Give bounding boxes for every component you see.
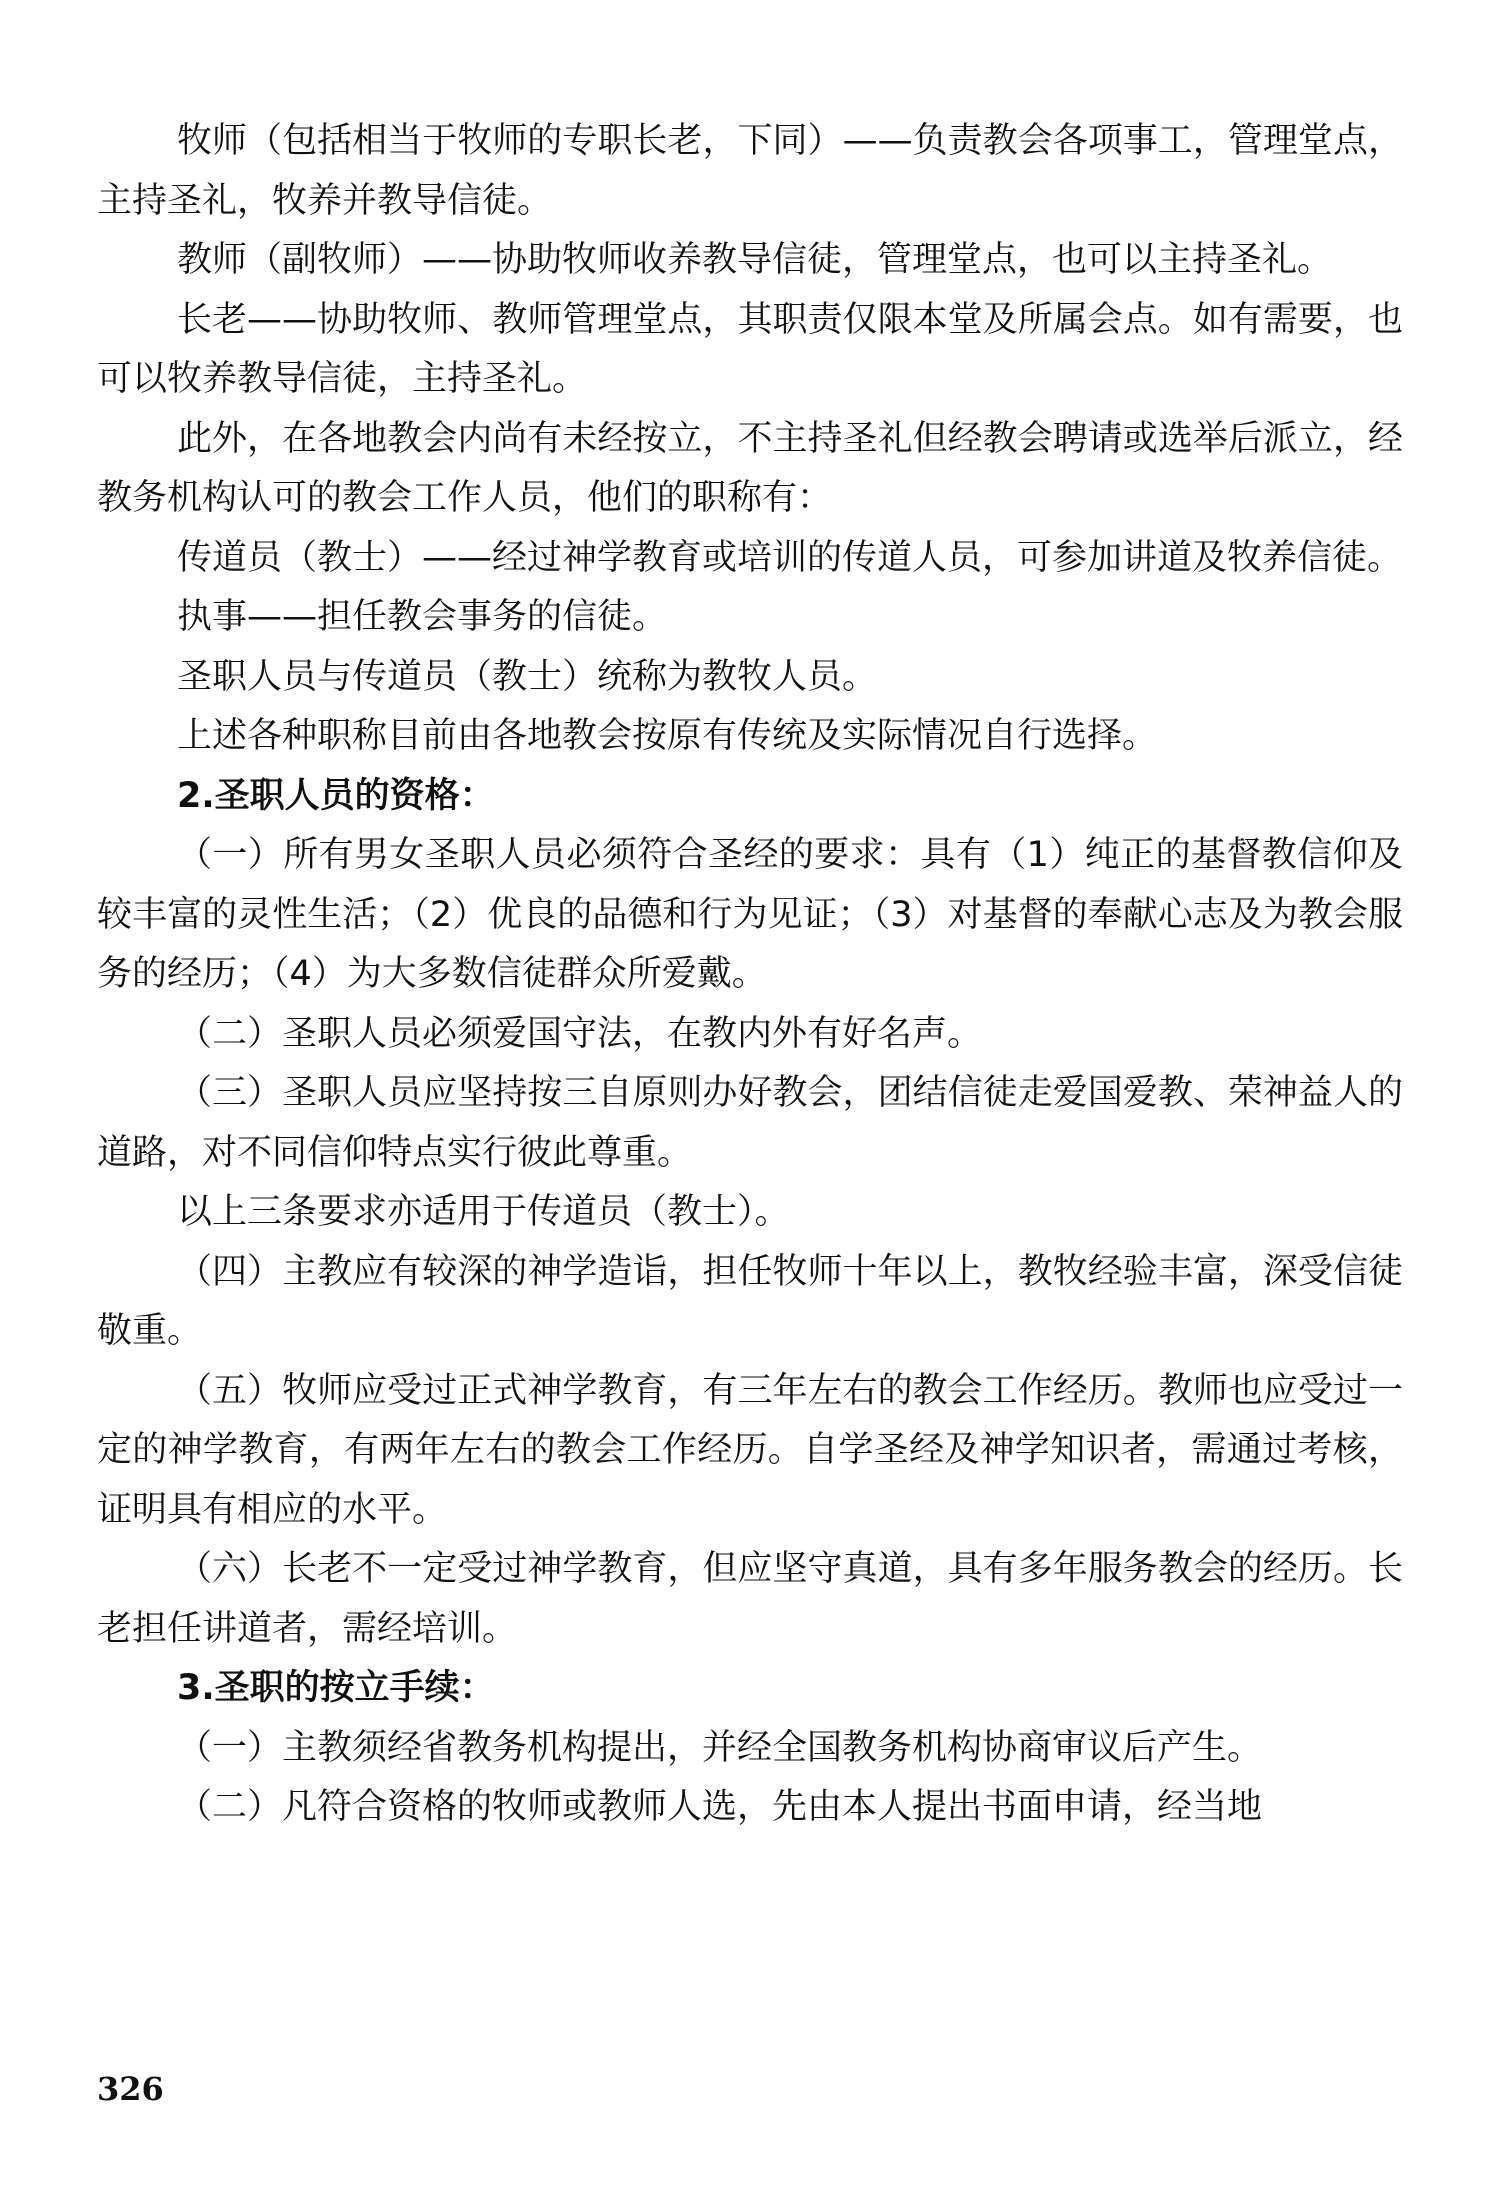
paragraph-qualification-5: （五）牧师应受过正式神学教育，有三年左右的教会工作经历。教师也应受过一定的神学教… (97, 1362, 1403, 1541)
paragraph-applies-to-evangelist: 以上三条要求亦适用于传道员（教士）。 (97, 1183, 1403, 1243)
paragraph-qualification-1: （一）所有男女圣职人员必须符合圣经的要求：具有（1）纯正的基督教信仰及较丰富的灵… (97, 826, 1403, 1005)
paragraph-ordination-1: （一）主教须经省教务机构提出，并经全国教务机构协商审议后产生。 (97, 1719, 1403, 1779)
paragraph-other-workers: 此外，在各地教会内尚有未经按立，不主持圣礼但经教会聘请或选举后派立，经教务机构认… (97, 410, 1403, 529)
paragraph-ordination-2: （二）凡符合资格的牧师或教师人选，先由本人提出书面申请，经当地 (97, 1778, 1403, 1838)
paragraph-qualification-2: （二）圣职人员必须爱国守法，在教内外有好名声。 (97, 1005, 1403, 1065)
paragraph-qualification-4: （四）主教应有较深的神学造诣，担任牧师十年以上，教牧经验丰富，深受信徒敬重。 (97, 1243, 1403, 1362)
page-number: 326 (97, 2070, 164, 2108)
paragraph-clergy-collective: 圣职人员与传道员（教士）统称为教牧人员。 (97, 648, 1403, 708)
paragraph-titles-choice: 上述各种职称目前由各地教会按原有传统及实际情况自行选择。 (97, 707, 1403, 767)
page-body: 牧师（包括相当于牧师的专职长老，下同）——负责教会各项事工，管理堂点，主持圣礼，… (97, 112, 1403, 1838)
paragraph-qualification-6: （六）长老不一定受过神学教育，但应坚守真道，具有多年服务教会的经历。长老担任讲道… (97, 1540, 1403, 1659)
paragraph-evangelist: 传道员（教士）——经过神学教育或培训的传道人员，可参加讲道及牧养信徒。 (97, 529, 1403, 589)
paragraph-pastor: 牧师（包括相当于牧师的专职长老，下同）——负责教会各项事工，管理堂点，主持圣礼，… (97, 112, 1403, 231)
paragraph-teacher: 教师（副牧师）——协助牧师收养教导信徒，管理堂点，也可以主持圣礼。 (97, 231, 1403, 291)
section-heading-ordination: 3.圣职的按立手续： (97, 1659, 1403, 1719)
paragraph-deacon: 执事——担任教会事务的信徒。 (97, 588, 1403, 648)
paragraph-elder: 长老——协助牧师、教师管理堂点，其职责仅限本堂及所属会点。如有需要，也可以牧养教… (97, 291, 1403, 410)
paragraph-qualification-3: （三）圣职人员应坚持按三自原则办好教会，团结信徒走爱国爱教、荣神益人的道路，对不… (97, 1064, 1403, 1183)
section-heading-qualifications: 2.圣职人员的资格： (97, 767, 1403, 827)
